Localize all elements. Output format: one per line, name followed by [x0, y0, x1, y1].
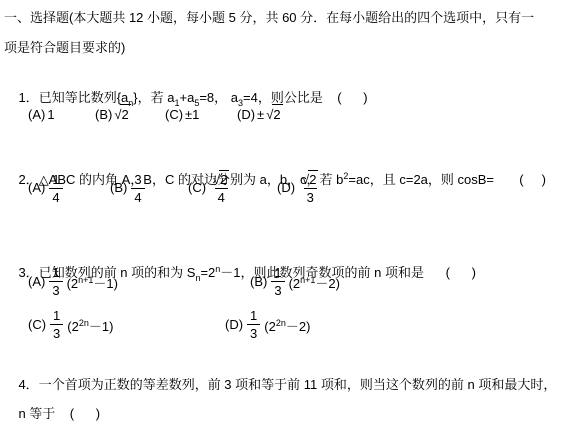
question-3-option-c: (C)13(22n－1) [28, 307, 225, 342]
fraction-1-4: 14 [49, 171, 62, 206]
section-title-line1: 一、选择题(本大题共 12 小题，每小题 5 分，共 60 分．在每小题给出的四… [4, 8, 534, 28]
question-4-answer-blank: ( ) [55, 406, 100, 421]
question-3-option-d: (D)13(22n－2) [225, 307, 310, 342]
question-3-options-row2: (C)13(22n－1) (D)13(22n－2) [28, 307, 310, 342]
fraction-1-3: 13 [247, 307, 260, 342]
question-2-answer-blank: ( ) [494, 172, 546, 187]
question-1-number: 1． [18, 90, 38, 105]
question-3-option-a: (A)13(2n+1－1) [28, 264, 250, 299]
superscript-n-plus-1: n+1 [78, 275, 93, 285]
fraction-3-4: 34 [131, 171, 144, 206]
question-2-option-b: (B)34 [110, 171, 188, 206]
question-3-options-row1: (A)13(2n+1－1) (B)13(2n+1－2) [28, 264, 340, 299]
exam-document-page: 一、选择题(本大题共 12 小题，每小题 5 分，共 60 分．在每小题给出的四… [0, 0, 567, 406]
question-2-option-c: (C)√24 [188, 170, 277, 206]
fraction-sqrt2-3: √23 [299, 170, 321, 206]
radical-sqrt2: √2 [266, 104, 282, 125]
fraction-1-3: 13 [271, 264, 284, 299]
question-1-option-a: (A)1 [28, 105, 95, 125]
superscript-2n: 2n [79, 318, 89, 328]
radical-sqrt2: √2 [213, 170, 229, 188]
fraction-1-3: 13 [49, 264, 62, 299]
question-2-options: (A)14 (B)34 (C)√24 (D)√23 [28, 170, 323, 206]
question-1-option-c: (C)±1 [165, 105, 237, 125]
question-3-answer-blank: ( ) [424, 265, 476, 280]
radical-sqrt2: √2 [114, 104, 130, 125]
question-2-option-d: (D)√23 [277, 170, 323, 206]
question-3-option-b: (B)13(2n+1－2) [250, 264, 340, 299]
fraction-sqrt2-4: √24 [210, 170, 232, 206]
question-2-option-a: (A)14 [28, 171, 110, 206]
question-1-answer-blank: ( ) [323, 90, 368, 105]
question-1-options: (A)1 (B)√2 (C)±1 (D)±√2 [28, 104, 283, 125]
radical-sqrt2: √2 [302, 170, 318, 188]
section-title-line2: 项是符合题目要求的) [4, 38, 125, 58]
fraction-1-3: 13 [50, 307, 63, 342]
question-4-stem-line2: n 等于 ( ) [4, 384, 100, 444]
question-1-option-d: (D)±√2 [237, 104, 283, 125]
superscript-n-plus-1: n+1 [300, 275, 315, 285]
question-1-option-b: (B)√2 [95, 104, 165, 125]
superscript-2n: 2n [276, 318, 286, 328]
